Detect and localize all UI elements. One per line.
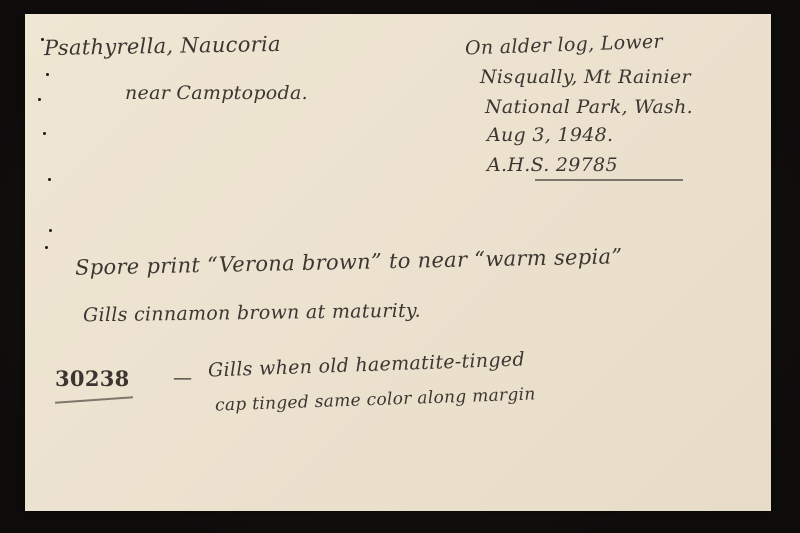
collection-date: Aug 3, 1948. [487, 124, 613, 146]
locality-line: Nisqually, Mt Rainier [480, 66, 691, 88]
margin-mark [38, 98, 41, 101]
spore-print-note: Spore print “Verona brown” to near “warm… [75, 244, 623, 279]
gills-old-note: Gills when old haematite-tinged [208, 348, 525, 381]
herbarium-card: Psathyrella, Naucoria near Camptopoda. O… [25, 14, 771, 511]
margin-mark [45, 246, 48, 249]
margin-mark [48, 178, 51, 181]
taxon-name: Psathyrella, Naucoria [44, 32, 281, 60]
dash: — [173, 367, 192, 389]
taxon-affinity: near Camptopoda. [125, 82, 308, 104]
margin-mark [49, 229, 52, 232]
collection-number: A.H.S. 29785 [487, 154, 618, 176]
margin-mark [46, 73, 49, 76]
gills-maturity-note: Gills cinnamon brown at maturity. [83, 300, 421, 327]
habitat-line: On alder log, Lower [465, 31, 664, 60]
margin-mark [43, 132, 46, 135]
reference-number: 30238 [55, 366, 130, 391]
reference-underline [55, 396, 133, 403]
cap-note: cap tinged same color along margin [215, 384, 536, 415]
locality-line-2: National Park, Wash. [485, 96, 693, 118]
underline [535, 179, 683, 181]
